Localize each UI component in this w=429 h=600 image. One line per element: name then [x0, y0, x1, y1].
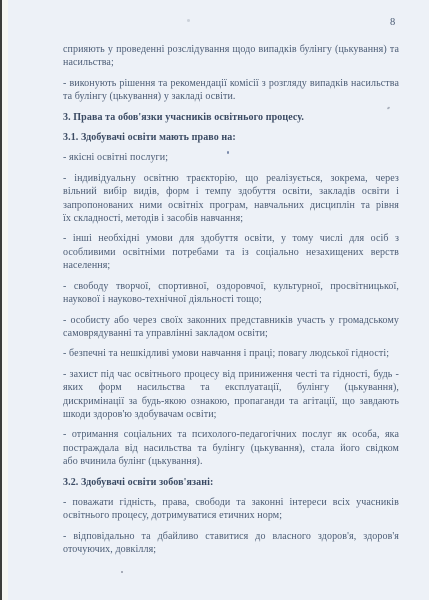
text-line: та булінгу (цькування) у закладі освіти.	[63, 90, 399, 103]
text-line: - отримання соціальних та психолого-педа…	[63, 428, 399, 441]
text-line: - індивідуальну освітню траєкторію, що р…	[63, 172, 399, 185]
text-line: вільний вибір видів, форм і темпу здобут…	[63, 185, 399, 198]
text-line: - поважати гідність, права, свободи та з…	[63, 496, 399, 509]
text-line: запропонованих ними освітніх програм, на…	[63, 199, 399, 212]
text-line: - безпечні та нешкідливі умови навчання …	[63, 347, 399, 360]
paragraph: сприяють у проведенні розслідування щодо…	[63, 43, 399, 70]
text-line: 3.2. Здобувачі освіти зобов'язані:	[63, 476, 399, 489]
paragraph: - інші необхідні умови для здобуття осві…	[63, 232, 399, 272]
paragraph: - виконують рішення та рекомендації комі…	[63, 77, 399, 104]
heading: 3.2. Здобувачі освіти зобов'язані:	[63, 476, 399, 489]
paragraph: - безпечні та нешкідливі умови навчання …	[63, 347, 399, 360]
paragraph: - поважати гідність, права, свободи та з…	[63, 496, 399, 523]
heading: 3.1. Здобувачі освіти мають право на:	[63, 131, 399, 144]
text-line: сприяють у проведенні розслідування щодо…	[63, 43, 399, 56]
text-line: яких форм насильства та експлуатації, бу…	[63, 381, 399, 394]
text-line: їх складності, методів і засобів навчанн…	[63, 212, 399, 225]
paragraph: - захист під час освітнього процесу від …	[63, 368, 399, 422]
text-line: оточуючих, довкілля;	[63, 543, 399, 556]
text-line: - відповідально та дбайливо ставитися до…	[63, 530, 399, 543]
text-line: насильства;	[63, 56, 399, 69]
paragraph: - свободу творчої, спортивної, оздоровчо…	[63, 280, 399, 307]
text-line: самоврядуванні та управлінні закладом ос…	[63, 327, 399, 340]
scan-speck	[227, 151, 229, 154]
text-line: шкоди здоров'ю здобувачам освіти;	[63, 408, 399, 421]
text-line: або вчинила булінг (цькування).	[63, 455, 399, 468]
text-line: особливими освітніми потребами та із соц…	[63, 246, 399, 259]
scanned-document-page: 8 сприяють у проведенні розслідування що…	[0, 0, 429, 600]
scan-edge-light	[2, 0, 8, 600]
text-line: дискримінації за будь-якою ознакою, проп…	[63, 395, 399, 408]
text-line: - особисту або через своїх законних пред…	[63, 314, 399, 327]
page-number: 8	[390, 17, 395, 28]
paragraph: - якісні освітні послуги;	[63, 151, 399, 164]
text-line: наукової і науково-технічної діяльності …	[63, 293, 399, 306]
paragraph: - індивідуальну освітню траєкторію, що р…	[63, 172, 399, 226]
text-line: - виконують рішення та рекомендації комі…	[63, 77, 399, 90]
heading: 3. Права та обов'язки учасників освітньо…	[63, 111, 399, 124]
text-line: населення;	[63, 259, 399, 272]
document-text: сприяють у проведенні розслідування щодо…	[63, 43, 399, 564]
text-line: освітнього процесу, дотримуватися етични…	[63, 509, 399, 522]
text-line: 3. Права та обов'язки учасників освітньо…	[63, 111, 399, 124]
paragraph: - особисту або через своїх законних пред…	[63, 314, 399, 341]
text-line: - захист під час освітнього процесу від …	[63, 368, 399, 381]
text-line: - якісні освітні послуги;	[63, 151, 399, 164]
text-line: 3.1. Здобувачі освіти мають право на:	[63, 131, 399, 144]
paragraph: - отримання соціальних та психолого-педа…	[63, 428, 399, 468]
text-line: - свободу творчої, спортивної, оздоровчо…	[63, 280, 399, 293]
scan-speck	[187, 19, 190, 22]
text-line: - інші необхідні умови для здобуття осві…	[63, 232, 399, 245]
scan-speck	[121, 571, 123, 573]
text-line: постраждала від насильства та булінгу (ц…	[63, 442, 399, 455]
paragraph: - відповідально та дбайливо ставитися до…	[63, 530, 399, 557]
